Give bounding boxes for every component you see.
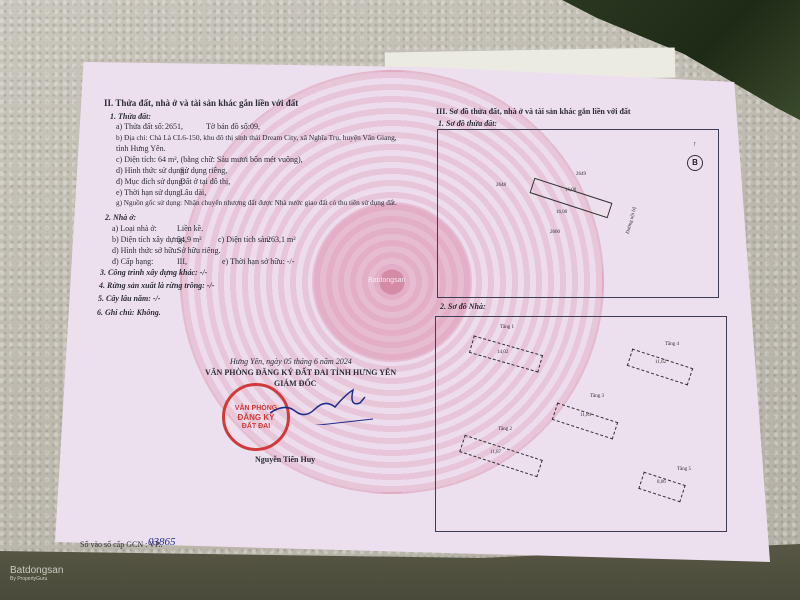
term: Lâu dài, bbox=[180, 188, 206, 197]
area-value: 64 m², (bằng chữ: Sáu mươi bốn mét vuông… bbox=[158, 155, 303, 164]
built-area: 54,9 m² bbox=[177, 235, 202, 244]
land-diagram-heading: 1. Sơ đồ thửa đất: bbox=[438, 119, 497, 128]
issue-date: Hưng Yên, ngày 05 tháng 6 năm 2024 bbox=[230, 357, 352, 366]
house-heading: 2. Nhà ở: bbox=[105, 213, 136, 222]
house-diagram-heading: 2. Sơ đồ Nhà: bbox=[440, 302, 486, 311]
origin-row: g) Nguồn gốc sử dụng: Nhận chuyển nhượng… bbox=[116, 199, 397, 207]
signer-name: Nguyễn Tiến Huy bbox=[255, 455, 315, 464]
floor-3-dim: 11,84 bbox=[580, 413, 591, 418]
area-row: c) Diện tích: 64 m², (bằng chữ: Sáu mươi… bbox=[116, 155, 303, 164]
issuing-office: VĂN PHÒNG ĐĂNG KÝ ĐẤT ĐAI TỈNH HƯNG YÊN bbox=[205, 368, 396, 377]
neighbor-2648: 2648 bbox=[496, 183, 506, 188]
map-sheet-label: Tờ bản đồ số: bbox=[206, 122, 250, 131]
floor-5-dim: 8,06 bbox=[657, 480, 666, 485]
land-diagram-frame bbox=[437, 129, 719, 298]
dim-top: 16,00 bbox=[565, 188, 576, 193]
floor-area: 263,1 m² bbox=[267, 235, 296, 244]
perennial-trees: 5. Cây lâu năm: -/- bbox=[98, 294, 160, 303]
address-label: b) Địa chỉ: Chà Là CL6-150, khu đô thị s… bbox=[116, 133, 397, 142]
address-line1: Chà Là CL6-150, khu đô thị sinh thái Dre… bbox=[149, 133, 396, 142]
parcel-number: 2651, bbox=[165, 122, 183, 131]
registry-number: 03865 bbox=[148, 536, 176, 548]
house-type-label: a) Loại nhà ở: bbox=[112, 224, 157, 233]
dim-bottom: 16,00 bbox=[556, 210, 567, 215]
center-watermark: Batdongsan bbox=[368, 277, 405, 284]
floor-4-label: Tầng 4 bbox=[665, 342, 679, 347]
ownership-label: d) Hình thức sở hữu: bbox=[112, 246, 179, 255]
purpose-label: đ) Mục đích sử dụng: bbox=[116, 177, 185, 186]
grade: III, bbox=[177, 257, 187, 266]
notes: 6. Ghi chú: Không. bbox=[97, 308, 161, 317]
floor-4-dim: 11,62 bbox=[655, 360, 666, 365]
origin-value: Nhận chuyển nhượng đất được Nhà nước gia… bbox=[184, 199, 397, 207]
floor-2-label: Tầng 2 bbox=[498, 427, 512, 432]
usage-form: Sử dụng riêng, bbox=[180, 166, 227, 175]
floor-3-label: Tầng 3 bbox=[590, 394, 604, 399]
neighbor-2660: 2660 bbox=[550, 230, 560, 235]
other-works: 3. Công trình xây dựng khác: -/- bbox=[100, 268, 207, 277]
ownership-term: e) Thời hạn sở hữu: -/- bbox=[222, 257, 294, 266]
floor-5-label: Tầng 5 bbox=[677, 467, 691, 472]
grade-label: đ) Cấp hạng: bbox=[112, 257, 153, 266]
usage-form-label: d) Hình thức sử dụng: bbox=[116, 166, 186, 175]
floor-2-dim: 11,87 bbox=[490, 450, 501, 455]
forest: 4. Rừng sản xuất là rừng trồng: -/- bbox=[99, 281, 214, 290]
floor-area-label: c) Diện tích sàn: bbox=[218, 235, 271, 244]
north-arrow-icon: ↑ bbox=[693, 140, 697, 148]
built-area-label: b) Diện tích xây dựng: bbox=[112, 235, 184, 244]
address-line2: tỉnh Hưng Yên. bbox=[116, 144, 166, 153]
term-label: e) Thời hạn sử dụng: bbox=[116, 188, 183, 197]
neighbor-2649: 2649 bbox=[576, 172, 586, 177]
north-compass-icon: B bbox=[687, 155, 703, 171]
section-iii-title: III. Sơ đồ thửa đất, nhà ở và tài sản kh… bbox=[436, 107, 631, 116]
signature bbox=[265, 385, 375, 425]
floor-1-dim: 14,02 bbox=[497, 350, 508, 355]
parcel-number-label: a) Thửa đất số: bbox=[116, 122, 164, 131]
purpose: Đất ở tại đô thị, bbox=[180, 177, 230, 186]
ownership: Sở hữu riêng. bbox=[177, 246, 220, 255]
batdongsan-logo: Batdongsan By PropertyGuru bbox=[10, 565, 63, 582]
house-type: Liền kề. bbox=[177, 224, 203, 233]
section-ii-title: II. Thửa đất, nhà ở và tài sản khác gắn … bbox=[104, 98, 298, 108]
land-heading: 1. Thửa đất: bbox=[110, 112, 151, 121]
map-sheet: 09, bbox=[250, 122, 260, 131]
floor-1-label: Tầng 1 bbox=[500, 325, 514, 330]
